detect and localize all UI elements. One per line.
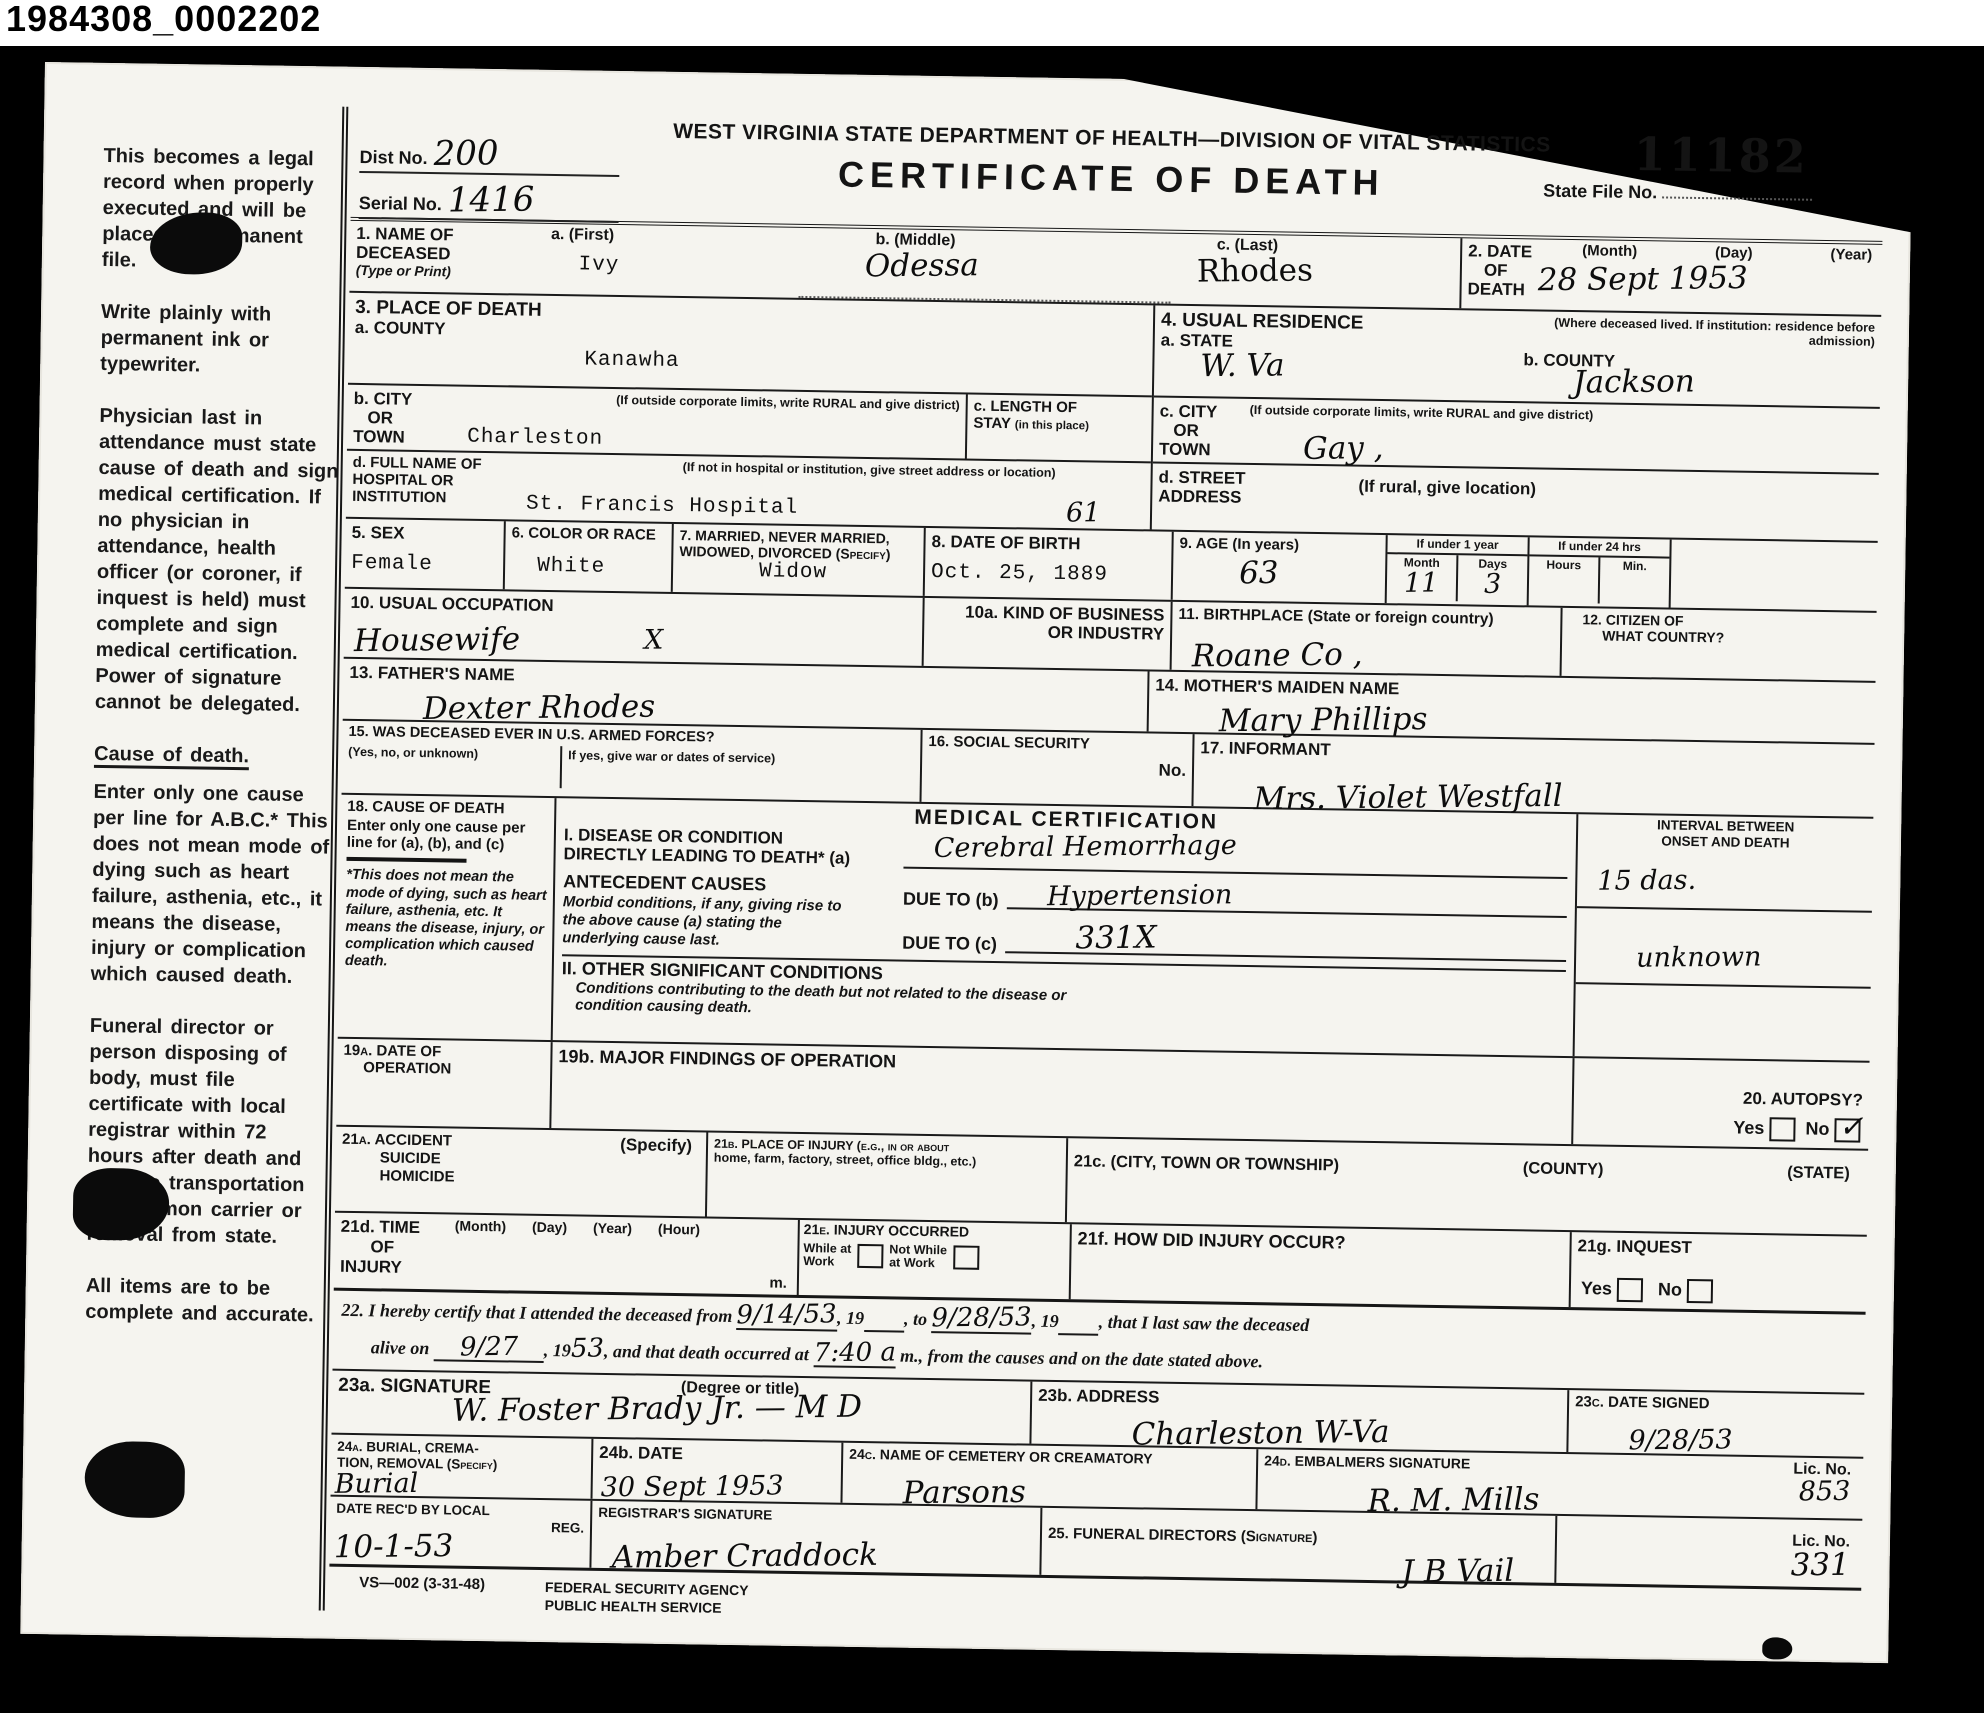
injury-day-label: (Day): [532, 1220, 567, 1235]
cemetery-label: 24c. NAME OF CEMETERY OR CREAMATORY: [849, 1447, 1250, 1469]
cemetery-value: Parsons: [902, 1477, 1026, 1509]
dist-no-value: 200: [433, 136, 498, 171]
field-interval-onset-death: INTERVAL BETWEENONSET AND DEATH 15 das. …: [1575, 814, 1874, 1061]
burial-date-label: 24b. DATE: [599, 1443, 835, 1466]
medical-certification-body: MEDICAL CERTIFICATION I. DISEASE OR COND…: [553, 798, 1579, 1056]
funeral-director-label: 25. FUNERAL DIRECTORS (Signature): [1048, 1526, 1549, 1551]
ssn-label-1: 16. SOCIAL SECURITY: [928, 734, 1186, 755]
autopsy-no-label: No: [1805, 1119, 1829, 1139]
field-inquest: 21g. INQUEST Yes No: [1571, 1232, 1867, 1312]
marital-value: Widow: [759, 561, 917, 587]
last-name-value: Rhodes: [1196, 255, 1312, 287]
how-injury-label: 21f. HOW DID INJURY OCCUR?: [1077, 1228, 1563, 1256]
state-file-number: 11182: [1633, 131, 1874, 181]
field-accident-suicide-homicide: 21a. ACCIDENT SUICIDE HOMICIDE (Specify): [335, 1127, 708, 1217]
state-file-label: State File No.: [1543, 181, 1657, 203]
while-at-work-checkbox: [857, 1244, 883, 1268]
days-value: 3: [1484, 570, 1501, 597]
field-cemetery: 24c. NAME OF CEMETERY OR CREAMATORY Pars…: [842, 1443, 1258, 1510]
residence-city-label-1: c. CITY: [1160, 402, 1218, 422]
field-date-signed: 23c. DATE SIGNED 9/28/53: [1568, 1390, 1864, 1457]
marital-label-2: WIDOWED, DIVORCED (Specify): [679, 544, 917, 563]
dob-label: 8. DATE OF BIRTH: [931, 532, 1165, 555]
margin-note-one-cause: Enter only one cause per line for A.B.C.…: [90, 779, 333, 991]
field-mothers-maiden-name: 14. MOTHER'S MAIDEN NAME Mary Phillips: [1149, 671, 1876, 742]
dist-no-label: Dist No.: [359, 147, 427, 168]
certify-text-6: alive on: [371, 1337, 430, 1358]
field-fathers-name: 13. FATHER'S NAME Dexter Rhodes: [343, 659, 1150, 732]
interval-label-1: INTERVAL BETWEEN: [1657, 817, 1794, 834]
first-name-label: a. (First): [551, 227, 794, 247]
death-certificate-form: Dist No.200 Serial No.1416 WEST VIRGINIA…: [319, 107, 1886, 1635]
serial-no-value: 1416: [448, 183, 535, 218]
accident-label-1: 21a. ACCIDENT: [342, 1131, 452, 1150]
margin-note-write-plainly: Write plainly with permanent ink or type…: [100, 299, 341, 381]
attended-to-value: 9/28/53: [931, 1304, 1032, 1331]
while-at-work-label-2: Work: [803, 1254, 834, 1268]
agency-line-2: PUBLIC HEALTH SERVICE: [545, 1596, 749, 1617]
usual-residence-hint: (Where deceased lived. If institution: r…: [1524, 315, 1875, 349]
cause-c-value: 331X: [1075, 923, 1157, 955]
informant-label: 17. INFORMANT: [1200, 738, 1868, 768]
residence-city-label-2: OR: [1173, 421, 1199, 440]
burial-type-value: Burial: [335, 1470, 419, 1498]
date-of-death-value: 28 Sept 1953: [1538, 263, 1748, 296]
death-time-value: 7:40 a: [813, 1339, 895, 1366]
street-address-label-1: d. STREET: [1158, 468, 1245, 488]
interval-label-2: ONSET AND DEATH: [1661, 834, 1789, 851]
not-while-label-1: Not While: [889, 1242, 947, 1257]
accident-label-2: SUICIDE: [380, 1149, 441, 1167]
armed-forces-yes-no-label: (Yes, no, or unknown): [342, 743, 563, 788]
field-date-received: DATE REC'D BY LOCAL REG. 10-1-53: [329, 1497, 592, 1568]
field-armed-forces: 15. WAS DECEASED EVER IN U.S. ARMED FORC…: [342, 721, 923, 802]
cause-b-value: Hypertension: [1047, 881, 1233, 910]
race-value: White: [537, 555, 665, 580]
city-label-3: TOWN: [353, 427, 405, 447]
field-birthplace: 11. BIRTHPLACE (State or foreign country…: [1172, 602, 1563, 676]
attended-from-value: 9/14/53: [737, 1301, 838, 1328]
residence-city-label-3: TOWN: [1159, 440, 1211, 460]
business-label-1: 10a. KIND OF BUSINESS: [930, 602, 1164, 625]
last-seen-year-value: 53: [571, 1335, 604, 1361]
city-label-1: b. CITY: [354, 389, 413, 409]
length-of-stay-label-2: STAY: [973, 414, 1011, 432]
field-major-findings: 19b. MAJOR FINDINGS OF OPERATION: [551, 1042, 1574, 1144]
field-date-of-operation: 19a. DATE OFOPERATION: [336, 1039, 552, 1128]
first-name-value: Ivy: [578, 253, 793, 279]
field-place-of-injury: 21b. PLACE OF INJURY (e.g., in or about …: [707, 1133, 1068, 1223]
field-embalmer-signature: 24d. EMBALMERS SIGNATURE R. M. Mills Lic…: [1257, 1449, 1863, 1518]
occupation-label: 10. USUAL OCCUPATION: [350, 593, 916, 621]
age-label: 9. AGE (In years): [1179, 536, 1379, 556]
citizen-label-2: WHAT COUNTRY?: [1602, 628, 1870, 648]
interval-a-value: 15 das.: [1597, 867, 1696, 895]
injury-year-label: (Year): [593, 1221, 632, 1236]
hospital-value-extra: 61: [1066, 499, 1101, 526]
field-color-or-race: 6. COLOR OR RACE White: [505, 521, 674, 592]
father-value: Dexter Rhodes: [423, 692, 656, 725]
residence-city-hint: (If outside corporate limits, write RURA…: [1250, 403, 1874, 427]
autopsy-yes-checkbox: [1769, 1117, 1795, 1141]
injury-month-label: (Month): [455, 1219, 507, 1234]
state-file-leader-line: [1662, 184, 1812, 200]
time-of-injury-label-3: INJURY: [340, 1257, 402, 1277]
field-usual-residence: 4. USUAL RESIDENCE a. STATE W. Va (Where…: [1152, 305, 1881, 540]
year-label: (Year): [1830, 247, 1872, 263]
age-value: 63: [1239, 558, 1279, 589]
certify-text-3: , to: [904, 1309, 927, 1329]
inquest-yes-checkbox: [1617, 1278, 1643, 1302]
injury-city-label: 21c. (CITY, TOWN OR TOWNSHIP): [1074, 1152, 1340, 1175]
date-of-death-label-1: 2. DATE: [1468, 241, 1578, 262]
field-funeral-director: 25. FUNERAL DIRECTORS (Signature) J B Va…: [1041, 1508, 1557, 1583]
not-while-label-2: at Work: [889, 1256, 935, 1271]
ssn-label-2: No.: [928, 757, 1186, 780]
registrar-label: REGISTRAR'S SIGNATURE: [598, 1505, 1034, 1527]
injury-hour-label: (Hour): [658, 1222, 700, 1237]
address-label: 23b. ADDRESS: [1038, 1386, 1561, 1413]
field-burial-type: 24a. BURIAL, CREMA- TION, REMOVAL (Speci…: [331, 1435, 594, 1499]
hospital-label-3: INSTITUTION: [352, 487, 446, 505]
middle-name-value: Odessa: [865, 250, 979, 282]
certify-text-1: 22. I hereby certify that I attended the…: [341, 1300, 732, 1326]
length-of-stay-label-1: c. LENGTH OF: [974, 398, 1078, 417]
interval-rule-b: [1576, 982, 1871, 989]
day-label: (Day): [1715, 245, 1753, 261]
residence-state-value: W. Va: [1200, 351, 1285, 383]
empty-cell: [1671, 540, 1878, 611]
certify-text-7: , 19: [544, 1339, 571, 1359]
not-while-checkbox: [953, 1246, 979, 1270]
field-informant: 17. INFORMANT Mrs. Violet Westfall: [1193, 734, 1874, 817]
hospital-value: St. Francis Hospital: [526, 493, 798, 520]
cause-of-death-title: 18. CAUSE OF DEATH: [347, 799, 548, 819]
sex-label: 5. SEX: [351, 523, 497, 544]
hospital-label-2: HOSPITAL OR: [352, 471, 453, 490]
field-sex: 5. SEX Female: [345, 519, 506, 590]
field-age: 9. AGE (In years) 63: [1173, 532, 1388, 603]
row-place-and-residence: 3. PLACE OF DEATH a. COUNTY Kanawha b. C…: [346, 293, 1881, 543]
field-physician-address: 23b. ADDRESS Charleston W-Va: [1031, 1382, 1569, 1452]
field-kind-of-business: 10a. KIND OF BUSINESS OR INDUSTRY: [924, 598, 1173, 670]
field-age-under-24-hrs: If under 24 hrs Hours Min.: [1529, 537, 1672, 607]
certificate-title: CERTIFICATE OF DEATH: [661, 150, 1562, 207]
field-marital-status: 7. MARRIED, NEVER MARRIED, WIDOWED, DIVO…: [673, 524, 926, 596]
cause-note-1: Enter only one cause per line for (a), (…: [347, 818, 549, 855]
injury-state-label: (STATE): [1787, 1164, 1850, 1183]
under-1-year-label: If under 1 year: [1387, 535, 1527, 556]
hours-label: Hours: [1529, 556, 1601, 603]
street-address-label-2: ADDRESS: [1158, 487, 1241, 507]
ink-mark: [1762, 1637, 1792, 1659]
date-recd-value: 10-1-53: [334, 1531, 454, 1563]
city-label-2: OR: [367, 408, 393, 427]
county-value: Kanawha: [584, 349, 1146, 381]
certify-text-2: , 19: [837, 1308, 864, 1328]
inquest-no-checkbox: [1687, 1279, 1713, 1303]
due-to-b-label: DUE TO (b): [903, 890, 999, 910]
row-medical-certification: 18. CAUSE OF DEATH Enter only one cause …: [338, 795, 1874, 1063]
street-address-hint: (If rural, give location): [1358, 477, 1872, 504]
operation-date-label-2: OPERATION: [363, 1059, 451, 1077]
business-label-2: OR INDUSTRY: [930, 621, 1164, 644]
interval-rule-a: [1577, 906, 1872, 913]
name-label-3: (Type or Print): [356, 262, 539, 281]
other-conditions-note: Conditions contributing to the death but…: [575, 979, 1095, 1023]
inquest-no-label: No: [1658, 1279, 1682, 1299]
length-of-stay-label-3: (in this place): [1015, 419, 1089, 432]
field-physician-signature: 23a. SIGNATURE (Degree or title) W. Fost…: [332, 1371, 1033, 1444]
injury-m-label: m.: [769, 1276, 787, 1291]
field-age-under-1-year: If under 1 year Month11 Days3: [1387, 535, 1530, 605]
dob-value: Oct. 25, 1889: [931, 561, 1165, 588]
while-at-work-label-1: While at: [803, 1241, 851, 1256]
field-citizen-of: 12. CITIZEN OF WHAT COUNTRY?: [1562, 608, 1877, 681]
ink-blot: [84, 1441, 185, 1519]
scan-filename: 1984308_0002202: [6, 1, 321, 37]
mother-value: Mary Phillips: [1219, 704, 1428, 737]
scanned-death-certificate: { "scan_label": "1984308_0002202", "marg…: [0, 0, 1984, 1713]
field-funeral-director-lic: Lic. No.331: [1556, 1516, 1862, 1588]
scan-filename-bar: 1984308_0002202: [0, 0, 1984, 46]
injury-occurred-label: 21e. INJURY OCCURRED: [804, 1222, 1066, 1242]
hospital-hint: (If not in hospital or institution, give…: [683, 460, 1145, 482]
field-registrar-signature: REGISTRAR'S SIGNATURE Amber Craddock: [591, 1501, 1042, 1575]
autopsy-no-checkbox: ✓: [1834, 1118, 1860, 1142]
autopsy-yes-label: Yes: [1733, 1117, 1764, 1137]
burial-date-value: 30 Sept 1953: [601, 1472, 784, 1501]
time-of-injury-label-2: OF: [370, 1237, 394, 1256]
margin-heading-cause-of-death: Cause of death.: [94, 741, 334, 771]
sex-value: Female: [351, 552, 497, 577]
field-time-of-injury: 21d. TIME OF INJURY (Month) (Day) (Year)…: [334, 1213, 800, 1295]
armed-forces-war-label: If yes, give war or dates of service): [562, 746, 782, 791]
certify-text-9: m., from the causes and on the date stat…: [900, 1345, 1263, 1371]
date-signed-value: 9/28/53: [1628, 1426, 1732, 1454]
birthplace-label: 11. BIRTHPLACE (State or foreign country…: [1178, 606, 1554, 629]
fd-lic-value: 331: [1790, 1550, 1849, 1582]
occupation-value: Housewife: [354, 624, 521, 657]
accident-label-3: HOMICIDE: [379, 1167, 454, 1185]
residence-city-value: Gay ,: [1303, 433, 1384, 465]
certify-text-4: , 19: [1032, 1311, 1059, 1331]
residence-county-value: Jackson: [1573, 366, 1695, 398]
certify-text-5: , that I last saw the deceased: [1099, 1312, 1310, 1335]
field-injury-city-county-state: 21c. (CITY, TOWN OR TOWNSHIP) (COUNTY) (…: [1067, 1138, 1868, 1235]
due-to-c-label: DUE TO (c): [902, 934, 997, 953]
month-label: (Month): [1582, 243, 1637, 259]
field-place-of-death: 3. PLACE OF DEATH a. COUNTY Kanawha b. C…: [346, 293, 1155, 530]
field-how-injury-occurred: 21f. HOW DID INJURY OCCUR?: [1071, 1224, 1572, 1307]
antecedent-causes-label: ANTECEDENT CAUSES: [563, 871, 903, 896]
state-file-block: 11182 State File No.: [1543, 130, 1874, 205]
margin-note-complete-accurate: All items are to be complete and accurat…: [85, 1273, 326, 1329]
address-value: Charleston W-Va: [1131, 1417, 1389, 1451]
field-date-of-death: 2. DATE OF DEATH (Month) (Day) (Year) 28…: [1461, 238, 1882, 315]
field-cause-of-death-notes: 18. CAUSE OF DEATH Enter only one cause …: [338, 795, 557, 1040]
dist-serial-block: Dist No.200 Serial No.1416: [358, 135, 659, 232]
inquest-yes-label: Yes: [1581, 1278, 1612, 1298]
funeral-director-signature-value: J B Vail: [1402, 1556, 1515, 1588]
embalmer-label: 24d. EMBALMERS SIGNATURE: [1264, 1453, 1857, 1478]
serial-no-label: Serial No.: [359, 193, 442, 214]
divider-line: [346, 857, 466, 863]
autopsy-no-checkmark: ✓: [1838, 1112, 1863, 1142]
margin-note-physician: Physician last in attendance must state …: [95, 403, 340, 719]
interval-b-value: unknown: [1636, 943, 1762, 971]
inquest-label: 21g. INQUEST: [1577, 1236, 1860, 1259]
registrar-signature-value: Amber Craddock: [611, 1540, 877, 1574]
accident-specify-label: (Specify): [620, 1135, 692, 1155]
months-value: 11: [1404, 569, 1439, 596]
field-burial-date: 24b. DATE 30 Sept 1953: [592, 1439, 843, 1503]
form-number: VS—002 (3-31-48): [359, 1575, 485, 1613]
city-hint: (If outside corporate limits, write RURA…: [449, 390, 960, 412]
field-social-security: 16. SOCIAL SECURITY No.: [921, 730, 1194, 806]
physician-signature-value: W. Foster Brady Jr. — M D: [452, 1392, 862, 1427]
disease-label-2: DIRECTLY LEADING TO DEATH* (a): [563, 844, 903, 868]
birthplace-value: Roane Co ,: [1192, 640, 1363, 673]
cause-a-value: Cerebral Hemorrhage: [934, 832, 1237, 862]
last-seen-date-value: 9/27: [460, 1333, 519, 1360]
race-label: 6. COLOR OR RACE: [512, 525, 666, 544]
field-injury-occurred: 21e. INJURY OCCURRED While atWork Not Wh…: [799, 1220, 1072, 1299]
certify-text-8: , and that death occurred at: [604, 1340, 809, 1363]
embalmer-signature-value: R. M. Mills: [1367, 1484, 1539, 1517]
injury-county-label: (COUNTY): [1523, 1159, 1604, 1179]
under-24-hrs-label: If under 24 hrs: [1529, 537, 1669, 558]
field-usual-occupation: 10. USUAL OCCUPATION Housewife X: [344, 589, 925, 666]
autopsy-label: 20. AUTOPSY?: [1580, 1086, 1863, 1109]
field-autopsy: 20. AUTOPSY? Yes No ✓: [1573, 1058, 1869, 1149]
occupation-x-mark: X: [644, 627, 664, 654]
date-signed-label: 23c. DATE SIGNED: [1575, 1394, 1858, 1415]
operation-date-label-1: 19a. DATE OF: [343, 1042, 441, 1061]
certificate-paper: This becomes a legal record when properl…: [20, 62, 1912, 1663]
time-of-injury-label-1: 21d. TIME: [341, 1217, 421, 1237]
embalmer-lic-value: 853: [1799, 1478, 1851, 1506]
cause-note-2: *This does not mean the mode of dying, s…: [345, 867, 548, 973]
city-value: Charleston: [467, 426, 603, 451]
antecedent-note: Morbid conditions, if any, giving rise t…: [562, 894, 863, 952]
field-date-of-birth: 8. DATE OF BIRTH Oct. 25, 1889: [925, 528, 1174, 600]
minutes-label: Min.: [1600, 557, 1670, 604]
header-titles: WEST VIRGINIA STATE DEPARTMENT OF HEALTH…: [661, 120, 1562, 207]
